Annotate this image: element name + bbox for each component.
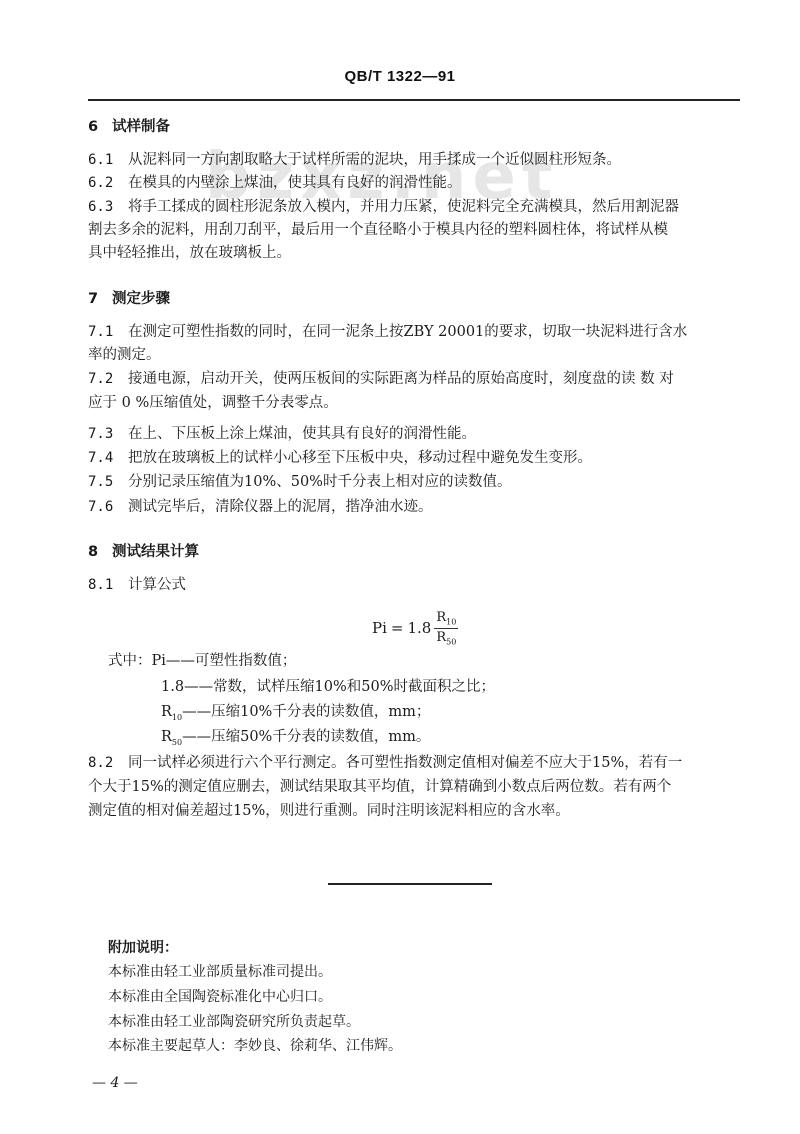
def-text: ——压缩10%千分表的读数值，mm； [182, 704, 430, 720]
def-text: ——常数，试样压缩10%和50%时截面积之比； [184, 679, 495, 695]
clause-text: 计算公式 [128, 577, 186, 593]
clause-7-5: 7.5分别记录压缩值为10%、50%时千分表上相对应的读数值。 [88, 471, 511, 493]
clause-number: 7.3 [88, 423, 128, 445]
note-line: 本标准由轻工业部陶瓷研究所负责起草。 [108, 1011, 360, 1033]
clause-text: 测试完毕后，清除仪器上的泥屑，揩净油水迹。 [128, 499, 433, 515]
clause-text: 在上、下压板上涂上煤油，使其具有良好的润滑性能。 [128, 426, 476, 442]
clause-number: 7.1 [88, 321, 128, 343]
numerator-subscript: 10 [446, 618, 456, 627]
clause-number: 7.2 [88, 368, 128, 390]
note-line: 本标准由轻工业部质量标准司提出。 [108, 961, 332, 983]
clause-6-2: 6.2在模具的内壁涂上煤油，使其具有良好的润滑性能。 [88, 172, 462, 194]
clause-8-2-cont: 测定值的相对偏差超过15%，则进行重测。同时注明该泥料相应的含水率。 [88, 800, 570, 822]
clause-text: 将手工揉成的圆柱形泥条放入模内，并用力压紧，使泥料完全充满模具，然后用割泥器 [128, 199, 679, 215]
note-line: 本标准主要起草人：李妙良、徐莉华、江伟辉。 [108, 1035, 402, 1057]
clause-number: 6.2 [88, 172, 128, 194]
clause-text: 把放在玻璃板上的试样小心移至下压板中央，移动过程中避免发生变形。 [128, 450, 592, 466]
clause-number: 8.1 [88, 574, 128, 596]
section-title: 测试结果计算 [112, 544, 199, 560]
clause-6-3-cont: 具中轻轻推出，放在玻璃板上。 [88, 242, 291, 264]
section-number: 8 [88, 541, 112, 563]
clause-7-3: 7.3在上、下压板上涂上煤油，使其具有良好的润滑性能。 [88, 423, 476, 445]
formula-fraction: R10 R50 [434, 610, 458, 646]
formula-coefficient: 1.8 [407, 619, 431, 637]
plasticity-index-formula: Pi = 1.8 R10 R50 [372, 610, 458, 646]
numerator-symbol: R [436, 610, 446, 625]
clause-text: 测定值的相对偏差超过15%，则进行重测。同时注明该泥料相应的含水率。 [88, 803, 570, 819]
clause-7-2: 7.2接通电源，启动开关，使两压板间的实际距离为样品的原始高度时，刻度盘的读 数… [88, 368, 674, 390]
clause-text: 在模具的内壁涂上煤油，使其具有良好的润滑性能。 [128, 175, 462, 191]
clause-8-2: 8.2同一试样必须进行六个平行测定。各可塑性指数测定值相对偏差不应大于15%，若… [88, 752, 682, 774]
clause-6-3-cont: 割去多余的泥料，用刮刀刮平，最后用一个直径略小于模具内径的塑料圆柱体，将试样从模 [88, 219, 668, 241]
where-def-constant: 1.8——常数，试样压缩10%和50%时截面积之比； [161, 676, 495, 698]
clause-number: 6.3 [88, 196, 128, 218]
note-line: 本标准由全国陶瓷标准化中心归口。 [108, 986, 332, 1008]
section-8-heading: 8测试结果计算 [88, 541, 199, 563]
def-symbol: Pi [152, 653, 166, 669]
end-of-text-rule [328, 883, 492, 885]
notes-title: 附加说明： [108, 937, 178, 959]
section-6-heading: 6试样制备 [88, 116, 170, 138]
header-rule [88, 99, 740, 101]
clause-7-6: 7.6测试完毕后，清除仪器上的泥屑，揩净油水迹。 [88, 496, 433, 518]
formula-denominator: R50 [434, 629, 458, 647]
clause-number: 6.1 [88, 149, 128, 171]
clause-text: 从泥料同一方向割取略大于试样所需的泥块，用手揉成一个近似圆柱形短条。 [128, 152, 621, 168]
page-number: — 4 — [92, 1075, 138, 1091]
section-title: 试样制备 [112, 119, 170, 135]
clause-6-3: 6.3将手工揉成的圆柱形泥条放入模内，并用力压紧，使泥料完全充满模具，然后用割泥… [88, 196, 679, 218]
clause-text: 个大于15%的测定值应删去，测试结果取其平均值，计算精确到小数点后两位数。若有两… [88, 779, 671, 795]
section-title: 测定步骤 [112, 291, 170, 307]
def-subscript: 10 [172, 713, 182, 722]
def-symbol: R [161, 729, 172, 745]
clause-number: 8.2 [88, 752, 128, 774]
clause-number: 7.6 [88, 496, 128, 518]
clause-number: 7.4 [88, 447, 128, 469]
def-symbol: 1.8 [161, 679, 184, 695]
formula-equals: = [391, 619, 404, 637]
clause-text: 分别记录压缩值为10%、50%时千分表上相对应的读数值。 [128, 474, 511, 490]
clause-text: 割去多余的泥料，用刮刀刮平，最后用一个直径略小于模具内径的塑料圆柱体，将试样从模 [88, 222, 668, 238]
section-number: 6 [88, 116, 112, 138]
clause-text: 具中轻轻推出，放在玻璃板上。 [88, 245, 291, 261]
clause-text: 在测定可塑性指数的同时，在同一泥条上按ZBY 20001的要求，切取一块泥料进行… [128, 324, 687, 340]
clause-7-2-cont: 应于 0 %压缩值处，调整千分表零点。 [88, 392, 338, 414]
formula-numerator: R10 [434, 610, 458, 629]
clause-7-4: 7.4把放在玻璃板上的试样小心移至下压板中央，移动过程中避免发生变形。 [88, 447, 592, 469]
clause-text: 率的测定。 [88, 347, 161, 363]
def-symbol: R [161, 704, 172, 720]
def-text: ——可塑性指数值； [166, 653, 297, 669]
clause-8-2-cont: 个大于15%的测定值应删去，测试结果取其平均值，计算精确到小数点后两位数。若有两… [88, 776, 671, 798]
where-def-r50: R50——压缩50%千分表的读数值，mm。 [161, 726, 430, 754]
section-7-heading: 7测定步骤 [88, 288, 170, 310]
where-intro: 式中： [108, 653, 152, 669]
clause-7-1-cont: 率的测定。 [88, 344, 161, 366]
clause-text: 同一试样必须进行六个平行测定。各可塑性指数测定值相对偏差不应大于15%，若有一 [128, 755, 682, 771]
def-text: ——压缩50%千分表的读数值，mm。 [182, 729, 430, 745]
denominator-subscript: 50 [446, 637, 456, 646]
where-def-pi: 式中：Pi——可塑性指数值； [108, 650, 296, 672]
denominator-symbol: R [436, 630, 446, 645]
where-def-r10: R10——压缩10%千分表的读数值，mm； [161, 701, 430, 729]
section-number: 7 [88, 288, 112, 310]
clause-6-1: 6.1从泥料同一方向割取略大于试样所需的泥块，用手揉成一个近似圆柱形短条。 [88, 149, 621, 171]
clause-number: 7.5 [88, 471, 128, 493]
clause-7-1: 7.1在测定可塑性指数的同时，在同一泥条上按ZBY 20001的要求，切取一块泥… [88, 321, 687, 343]
clause-text: 接通电源，启动开关，使两压板间的实际距离为样品的原始高度时，刻度盘的读 数 对 [128, 371, 674, 387]
clause-8-1: 8.1计算公式 [88, 574, 186, 596]
formula-lhs: Pi [372, 619, 387, 637]
standard-code-header: QB/T 1322—91 [0, 68, 800, 85]
clause-text: 应于 0 %压缩值处，调整千分表零点。 [88, 395, 338, 411]
def-subscript: 50 [172, 738, 182, 747]
